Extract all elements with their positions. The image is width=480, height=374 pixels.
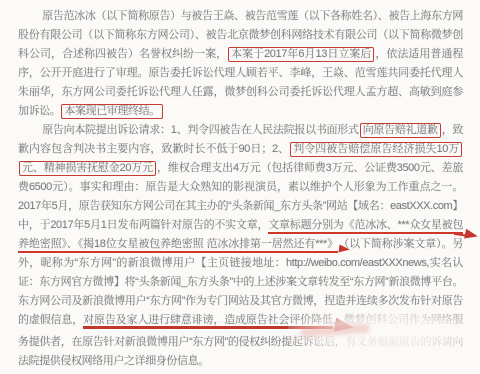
red-arrowhead-right-edge-icon [464,229,479,241]
red-thick-underline-arrow-annotation: 对原告及家人进行肆意诽谤，造成原告社会评价降低 [83,314,333,329]
text-run: 原告向本院提出诉讼请求：1、判令四被告在人民法院报以书面形式 [42,124,359,136]
red-box-annotation: 本案于2017年6月13日立案后 [228,47,374,62]
document-body: 原告范冰冰（以下简称原告）与被告王焱、被告范雪莲（以下各称姓名）、被告上海东方网… [18,7,463,371]
legal-paragraph: 原告范冰冰（以下简称原告）与被告王焱、被告范雪莲（以下各称姓名）、被告上海东方网… [18,7,463,121]
judgment-document-page: { "page": { "background_color": "#fbfaf8… [0,0,480,374]
red-box-annotation: 向原告赔礼道歉 [360,123,441,138]
red-box-annotation: 本案现已审理终结。 [61,104,162,119]
legal-paragraph: 原告向本院提出诉讼请求：1、判令四被告在人民法院报以书面形式向原告赔礼道歉，致歉… [18,121,463,371]
